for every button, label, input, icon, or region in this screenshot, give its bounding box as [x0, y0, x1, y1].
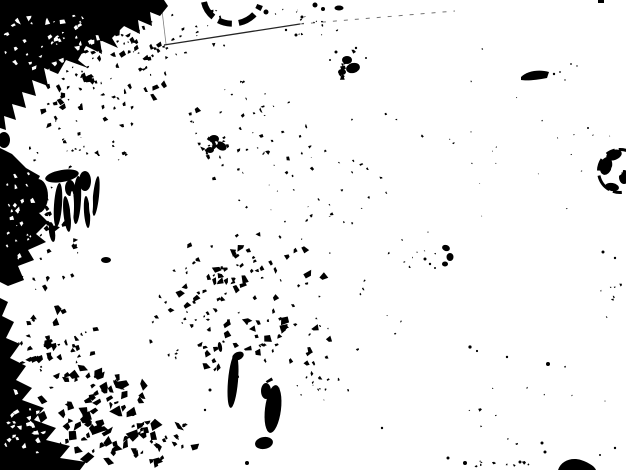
smear-speck	[570, 63, 572, 65]
upper-cluster-speck	[355, 47, 357, 49]
dry-brush-white-gap	[70, 191, 74, 221]
top-row-blob	[321, 7, 325, 11]
bottom-edge-speck	[614, 447, 616, 449]
upper-cluster-speck	[335, 51, 338, 54]
drip-speck	[204, 409, 206, 411]
scatter-speck	[541, 442, 544, 445]
dry-brush-knob	[79, 171, 91, 191]
top-row-speck	[295, 34, 298, 37]
dry-brush-white-gap	[89, 192, 93, 216]
scatter-speck	[614, 257, 616, 259]
mid-right-speck	[429, 263, 431, 265]
mid-right-fleck	[447, 253, 454, 261]
bottom-edge-speck	[599, 454, 601, 456]
dry-brush-knob	[65, 180, 75, 196]
mid-right-fleck	[442, 262, 448, 267]
scatter-speck	[476, 350, 478, 352]
scatter-speck	[468, 345, 471, 348]
scatter-speck	[381, 427, 383, 429]
upper-cluster-speck	[365, 57, 367, 59]
top-row-speck	[285, 29, 287, 31]
smear-speck	[576, 65, 577, 66]
right-edge-ring-core-white	[611, 164, 623, 176]
texture-canvas	[0, 0, 626, 470]
smear-speck	[564, 79, 565, 80]
stamp-arc-speck	[264, 10, 269, 15]
scatter-speck	[506, 356, 508, 358]
bottom-edge-speck	[447, 457, 450, 460]
top-right-corner-tick	[598, 0, 604, 3]
left-mid-blob	[101, 257, 111, 263]
bottom-edge-speck	[519, 461, 522, 464]
drip-top	[261, 383, 271, 399]
drip-speck	[209, 389, 212, 392]
scatter-speck	[546, 362, 550, 366]
top-row-blob	[335, 6, 344, 11]
bottom-edge-speck	[544, 451, 547, 454]
upper-cluster-speck	[329, 59, 331, 61]
drip-speck	[245, 461, 249, 465]
top-row-speck	[301, 16, 304, 19]
scatter-speck	[602, 251, 605, 254]
scatter-speck	[587, 127, 589, 129]
mid-right-speck	[434, 267, 436, 269]
smear-speck	[559, 71, 561, 73]
speck	[69, 431, 77, 441]
bottom-edge-speck	[463, 461, 467, 465]
grunge-texture-image	[0, 0, 626, 470]
top-row-blob	[313, 3, 318, 8]
mid-right-speck	[424, 258, 427, 261]
smear-speck	[553, 73, 555, 75]
